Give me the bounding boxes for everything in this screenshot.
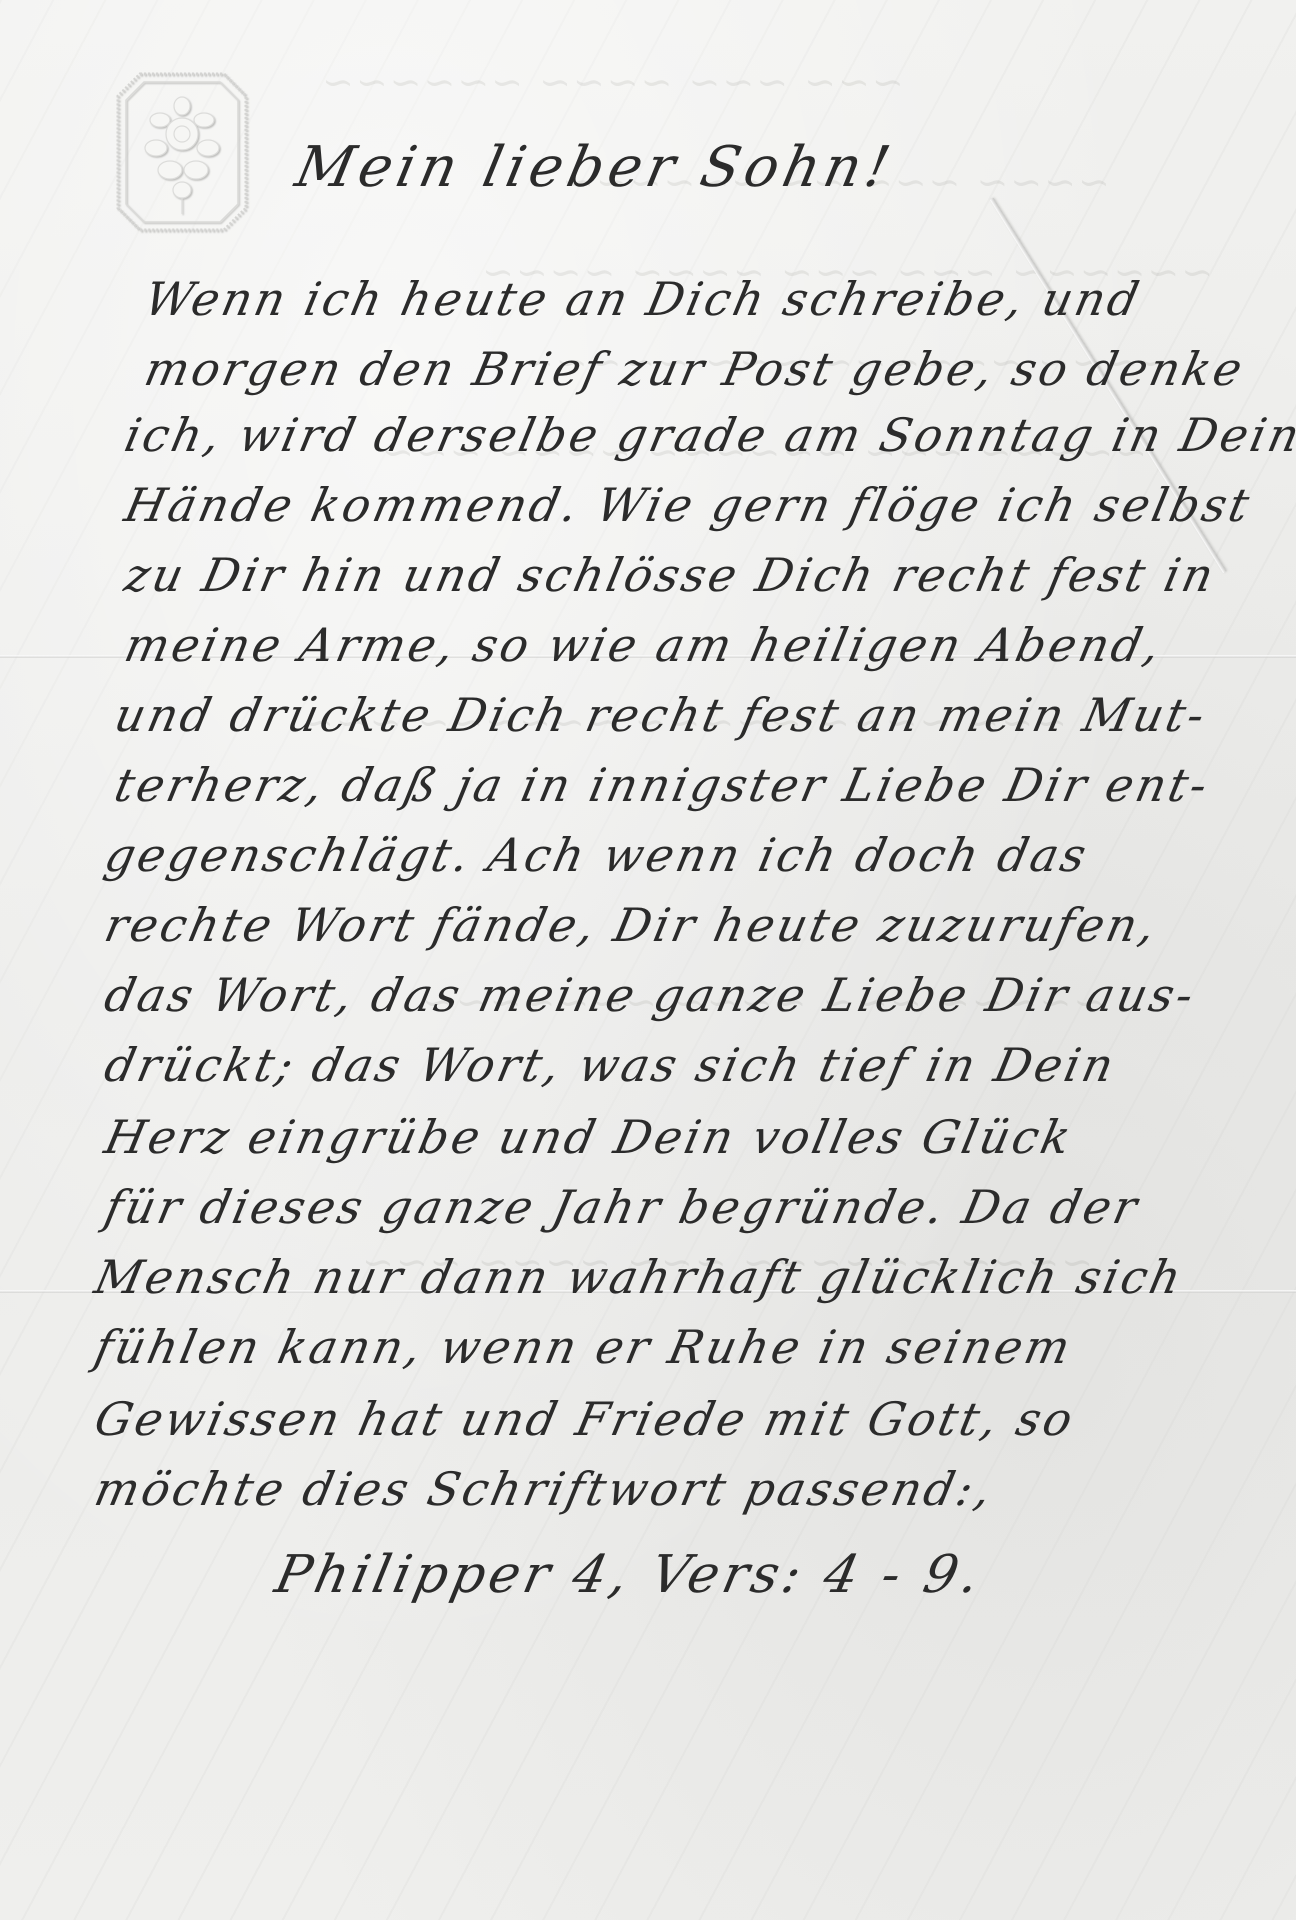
letter-line: zu Dir hin und schlösse Dich recht fest … bbox=[120, 548, 1221, 602]
letter-line: terherz, daß ja in innigster Liebe Dir e… bbox=[110, 758, 1215, 812]
letter-line: für dieses ganze Jahr begründe. Da der bbox=[100, 1180, 1145, 1234]
letter-line: Hände kommend. Wie gern flöge ich selbst bbox=[120, 478, 1257, 532]
letter-greeting: Mein lieber Sohn! bbox=[290, 135, 900, 200]
letter-line: ich, wird derselbe grade am Sonntag in D… bbox=[120, 408, 1296, 462]
letter-line: gegenschlägt. Ach wenn ich doch das bbox=[100, 828, 1094, 882]
letter-line: Herz eingrübe und Dein volles Glück bbox=[100, 1110, 1078, 1164]
letter-line: Wenn ich heute an Dich schreibe, und bbox=[140, 272, 1146, 326]
letter-line: fühlen kann, wenn er Ruhe in seinem bbox=[90, 1320, 1078, 1374]
letter-line: morgen den Brief zur Post gebe, so denke bbox=[140, 342, 1250, 396]
scripture-reference: Philipper 4, Vers: 4 - 9. bbox=[270, 1545, 988, 1605]
letter-line: drückt; das Wort, was sich tief in Dein bbox=[100, 1038, 1121, 1092]
letter-line: möchte dies Schriftwort passend:, bbox=[90, 1462, 999, 1516]
letter-line: Mensch nur dann wahrhaft glücklich sich bbox=[90, 1250, 1189, 1304]
letter-line: Gewissen hat und Friede mit Gott, so bbox=[90, 1392, 1080, 1446]
embossed-rose-seal-icon bbox=[112, 68, 252, 236]
letter-line: und drückte Dich recht fest an mein Mut- bbox=[110, 688, 1212, 742]
letter-line: das Wort, das meine ganze Liebe Dir aus- bbox=[100, 968, 1201, 1022]
letter-line: rechte Wort fände, Dir heute zuzurufen, bbox=[100, 898, 1163, 952]
letter-line: meine Arme, so wie am heiligen Abend, bbox=[120, 618, 1168, 672]
